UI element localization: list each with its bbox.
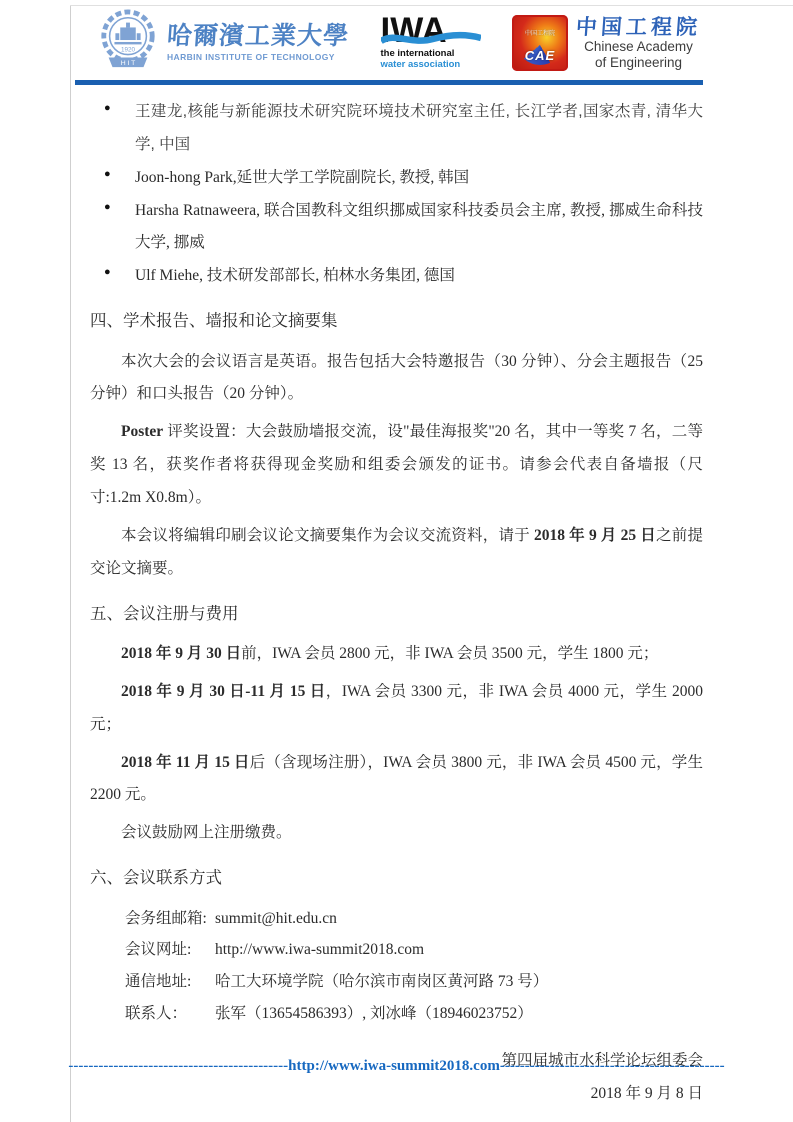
bullet-icon: ● xyxy=(104,163,111,186)
page-edge-left xyxy=(70,5,71,1122)
paragraph-online-payment: 会议鼓励网上注册缴费。 xyxy=(90,817,703,850)
speaker-list: ● 王建龙,核能与新能源技术研究院环境技术研究室主任, 长江学者,国家杰青, 清… xyxy=(90,96,703,293)
hit-emblem-icon: 1920 H I T xyxy=(97,9,159,78)
list-item: ● 王建龙,核能与新能源技术研究院环境技术研究室主任, 长江学者,国家杰青, 清… xyxy=(90,96,703,162)
hit-logo: 1920 H I T 哈爾濱工業大學 HARBIN INSTITUTE OF T… xyxy=(97,9,349,78)
contact-row-address: 通信地址: 哈工大环境学院（哈尔滨市南岗区黄河路 73 号） xyxy=(90,966,703,998)
speaker-text: Harsha Ratnaweera, 联合国教科文组织挪威国家科技委员会主席, … xyxy=(135,202,703,252)
footer-url-line: ----------------------------------------… xyxy=(0,1058,793,1075)
cae-name-cn: 中国工程院 xyxy=(575,16,702,38)
contact-label: 会务组邮箱: xyxy=(125,903,215,935)
signature-date: 2018 年 9 月 8 日 xyxy=(90,1077,703,1110)
cae-emblem-icon: 中国工程院 CAE xyxy=(512,15,568,71)
speaker-text: Ulf Miehe, 技术研发部部长, 柏林水务集团, 德国 xyxy=(135,267,455,284)
paragraph-abstract-deadline: 本会议将编辑印刷会议论文摘要集作为会议交流资料，请于 2018 年 9 月 25… xyxy=(90,520,703,586)
contact-persons-value: 张军（13654586393）, 刘冰峰（18946023752） xyxy=(215,998,703,1030)
contact-email-value: summit@hit.edu.cn xyxy=(215,903,703,935)
document-header: 1920 H I T 哈爾濱工業大學 HARBIN INSTITUTE OF T… xyxy=(75,8,705,85)
header-divider-rule xyxy=(75,80,703,85)
contact-row-website: 会议网址: http://www.iwa-summit2018.com xyxy=(90,934,703,966)
contact-list: 会务组邮箱: summit@hit.edu.cn 会议网址: http://ww… xyxy=(90,903,703,1030)
iwa-logo: IWA the international water association xyxy=(381,15,481,71)
logo-row: 1920 H I T 哈爾濱工業大學 HARBIN INSTITUTE OF T… xyxy=(75,8,705,78)
hit-emblem-abbr: H I T xyxy=(121,60,136,67)
bullet-icon: ● xyxy=(104,97,111,120)
iwa-tagline-2: water association xyxy=(381,60,481,71)
paragraph-poster: Poster 评奖设置：大会鼓励墙报交流，设"最佳海报奖"20 名，其中一等奖 … xyxy=(90,416,703,515)
signature-block: 第四届城市水科学论坛组委会 2018 年 9 月 8 日 xyxy=(90,1044,703,1111)
footer-dashes-right: ----------------------------------------… xyxy=(500,1058,725,1074)
contact-address-value: 哈工大环境学院（哈尔滨市南岗区黄河路 73 号） xyxy=(215,966,703,998)
paragraph-fee-early: 2018 年 9 月 30 日前，IWA 会员 2800 元，非 IWA 会员 … xyxy=(90,638,703,671)
contact-row-persons: 联系人： 张军（13654586393）, 刘冰峰（18946023752） xyxy=(90,998,703,1030)
contact-label: 通信地址: xyxy=(125,966,215,998)
bullet-icon: ● xyxy=(104,261,111,284)
speaker-text: Joon-hong Park,延世大学工学院副院长, 教授, 韩国 xyxy=(135,169,469,186)
paragraph-language: 本次大会的会议语言是英语。报告包括大会特邀报告（30 分钟）、分会主题报告（25… xyxy=(90,346,703,412)
hit-name-cn: 哈爾濱工業大學 xyxy=(166,24,350,49)
cae-name-en-2: of Engineering xyxy=(595,56,682,70)
list-item: ● Joon-hong Park,延世大学工学院副院长, 教授, 韩国 xyxy=(90,162,703,195)
contact-label: 联系人： xyxy=(125,998,215,1030)
contact-row-email: 会务组邮箱: summit@hit.edu.cn xyxy=(90,903,703,935)
section-heading-reports: 四、学术报告、墙报和论文摘要集 xyxy=(90,308,703,334)
contact-label: 会议网址: xyxy=(125,934,215,966)
iwa-wave-icon xyxy=(381,31,481,47)
contact-website-value: http://www.iwa-summit2018.com xyxy=(215,934,703,966)
hit-emblem-year: 1920 xyxy=(121,46,135,53)
paragraph-fee-regular: 2018 年 9 月 30 日-11 月 15 日，IWA 会员 3300 元，… xyxy=(90,676,703,742)
footer-url[interactable]: http://www.iwa-summit2018.com xyxy=(288,1058,500,1074)
document-body: ● 王建龙,核能与新能源技术研究院环境技术研究室主任, 长江学者,国家杰青, 清… xyxy=(90,96,703,1110)
section-heading-registration: 五、会议注册与费用 xyxy=(90,601,703,627)
cae-emblem-mini-text: 中国工程院 xyxy=(512,28,568,37)
section-heading-contact: 六、会议联系方式 xyxy=(90,865,703,891)
cae-name-en-1: Chinese Academy xyxy=(584,40,693,54)
speaker-text: 王建龙,核能与新能源技术研究院环境技术研究室主任, 长江学者,国家杰青, 清华大… xyxy=(135,103,703,153)
cae-emblem-abbr: CAE xyxy=(512,48,568,63)
cae-logo: 中国工程院 CAE 中国工程院 Chinese Academy of Engin… xyxy=(512,15,701,71)
footer-dashes-left: ----------------------------------------… xyxy=(68,1058,288,1074)
list-item: ● Ulf Miehe, 技术研发部部长, 柏林水务集团, 德国 xyxy=(90,260,703,293)
paragraph-fee-late: 2018 年 11 月 15 日后（含现场注册），IWA 会员 3800 元，非… xyxy=(90,747,703,813)
hit-name-en: HARBIN INSTITUTE OF TECHNOLOGY xyxy=(167,53,349,62)
bullet-icon: ● xyxy=(104,196,111,219)
list-item: ● Harsha Ratnaweera, 联合国教科文组织挪威国家科技委员会主席… xyxy=(90,195,703,261)
page-edge-top xyxy=(70,5,793,6)
